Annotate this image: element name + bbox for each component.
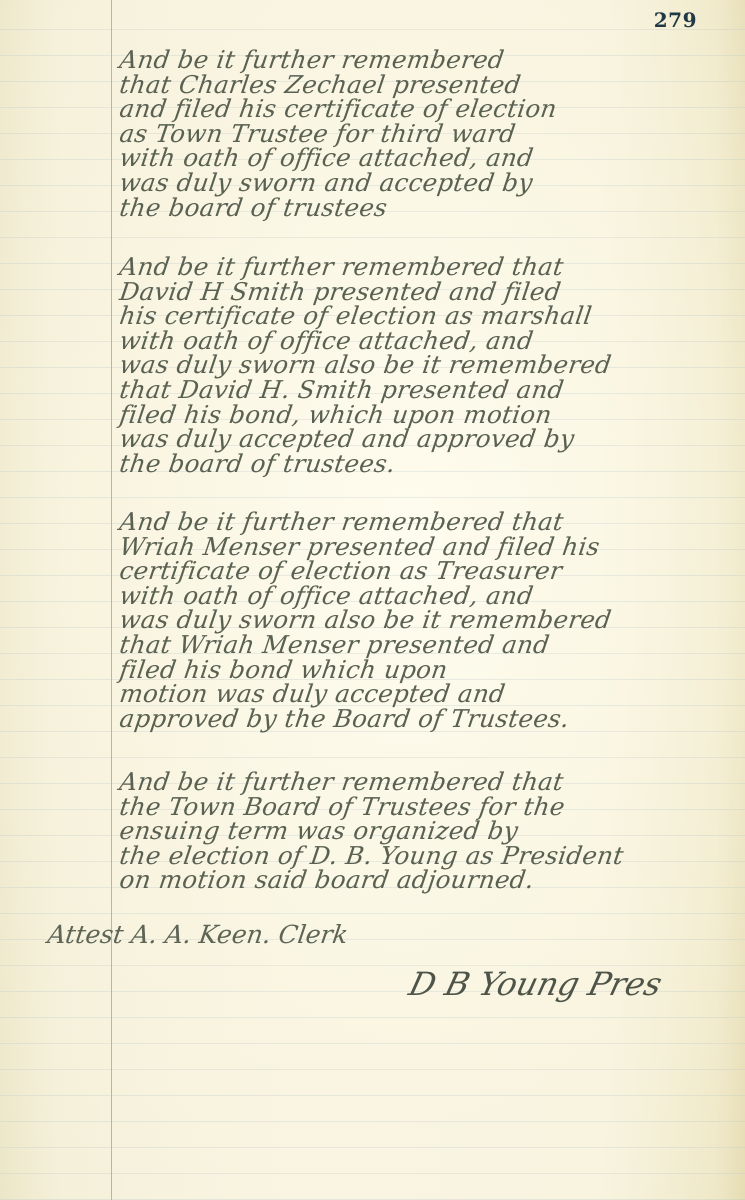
attest-clerk-signature: Attest A. A. Keen. Clerk	[46, 920, 350, 949]
ledger-page: 279 And be it further remembered that Ch…	[0, 0, 745, 1200]
text-line: approved by the Board of Trustees.	[118, 707, 745, 732]
text-line: And be it further remembered that	[118, 770, 745, 795]
margin-line	[111, 0, 112, 1200]
text-line: the board of trustees	[118, 196, 745, 221]
text-line: the board of trustees.	[118, 452, 745, 477]
text-line: And be it further remembered	[118, 48, 745, 73]
paragraph-david-smith: And be it further remembered that David …	[118, 255, 743, 476]
text-line: that David H. Smith presented and	[118, 378, 745, 403]
president-signature: D B Young Pres	[405, 965, 666, 1003]
page-number: 279	[654, 8, 697, 32]
text-line: on motion said board adjourned.	[118, 868, 745, 893]
text-line: And be it further remembered that	[118, 510, 745, 535]
paragraph-charles-zechael: And be it further remembered that Charle…	[118, 48, 743, 220]
text-line: was duly sworn and accepted by	[118, 171, 745, 196]
paragraph-wriah-menser: And be it further remembered that Wriah …	[118, 510, 743, 731]
text-line: that Wriah Menser presented and	[118, 633, 745, 658]
text-line: And be it further remembered that	[118, 255, 745, 280]
paragraph-board-organized: And be it further remembered that the To…	[118, 770, 743, 893]
